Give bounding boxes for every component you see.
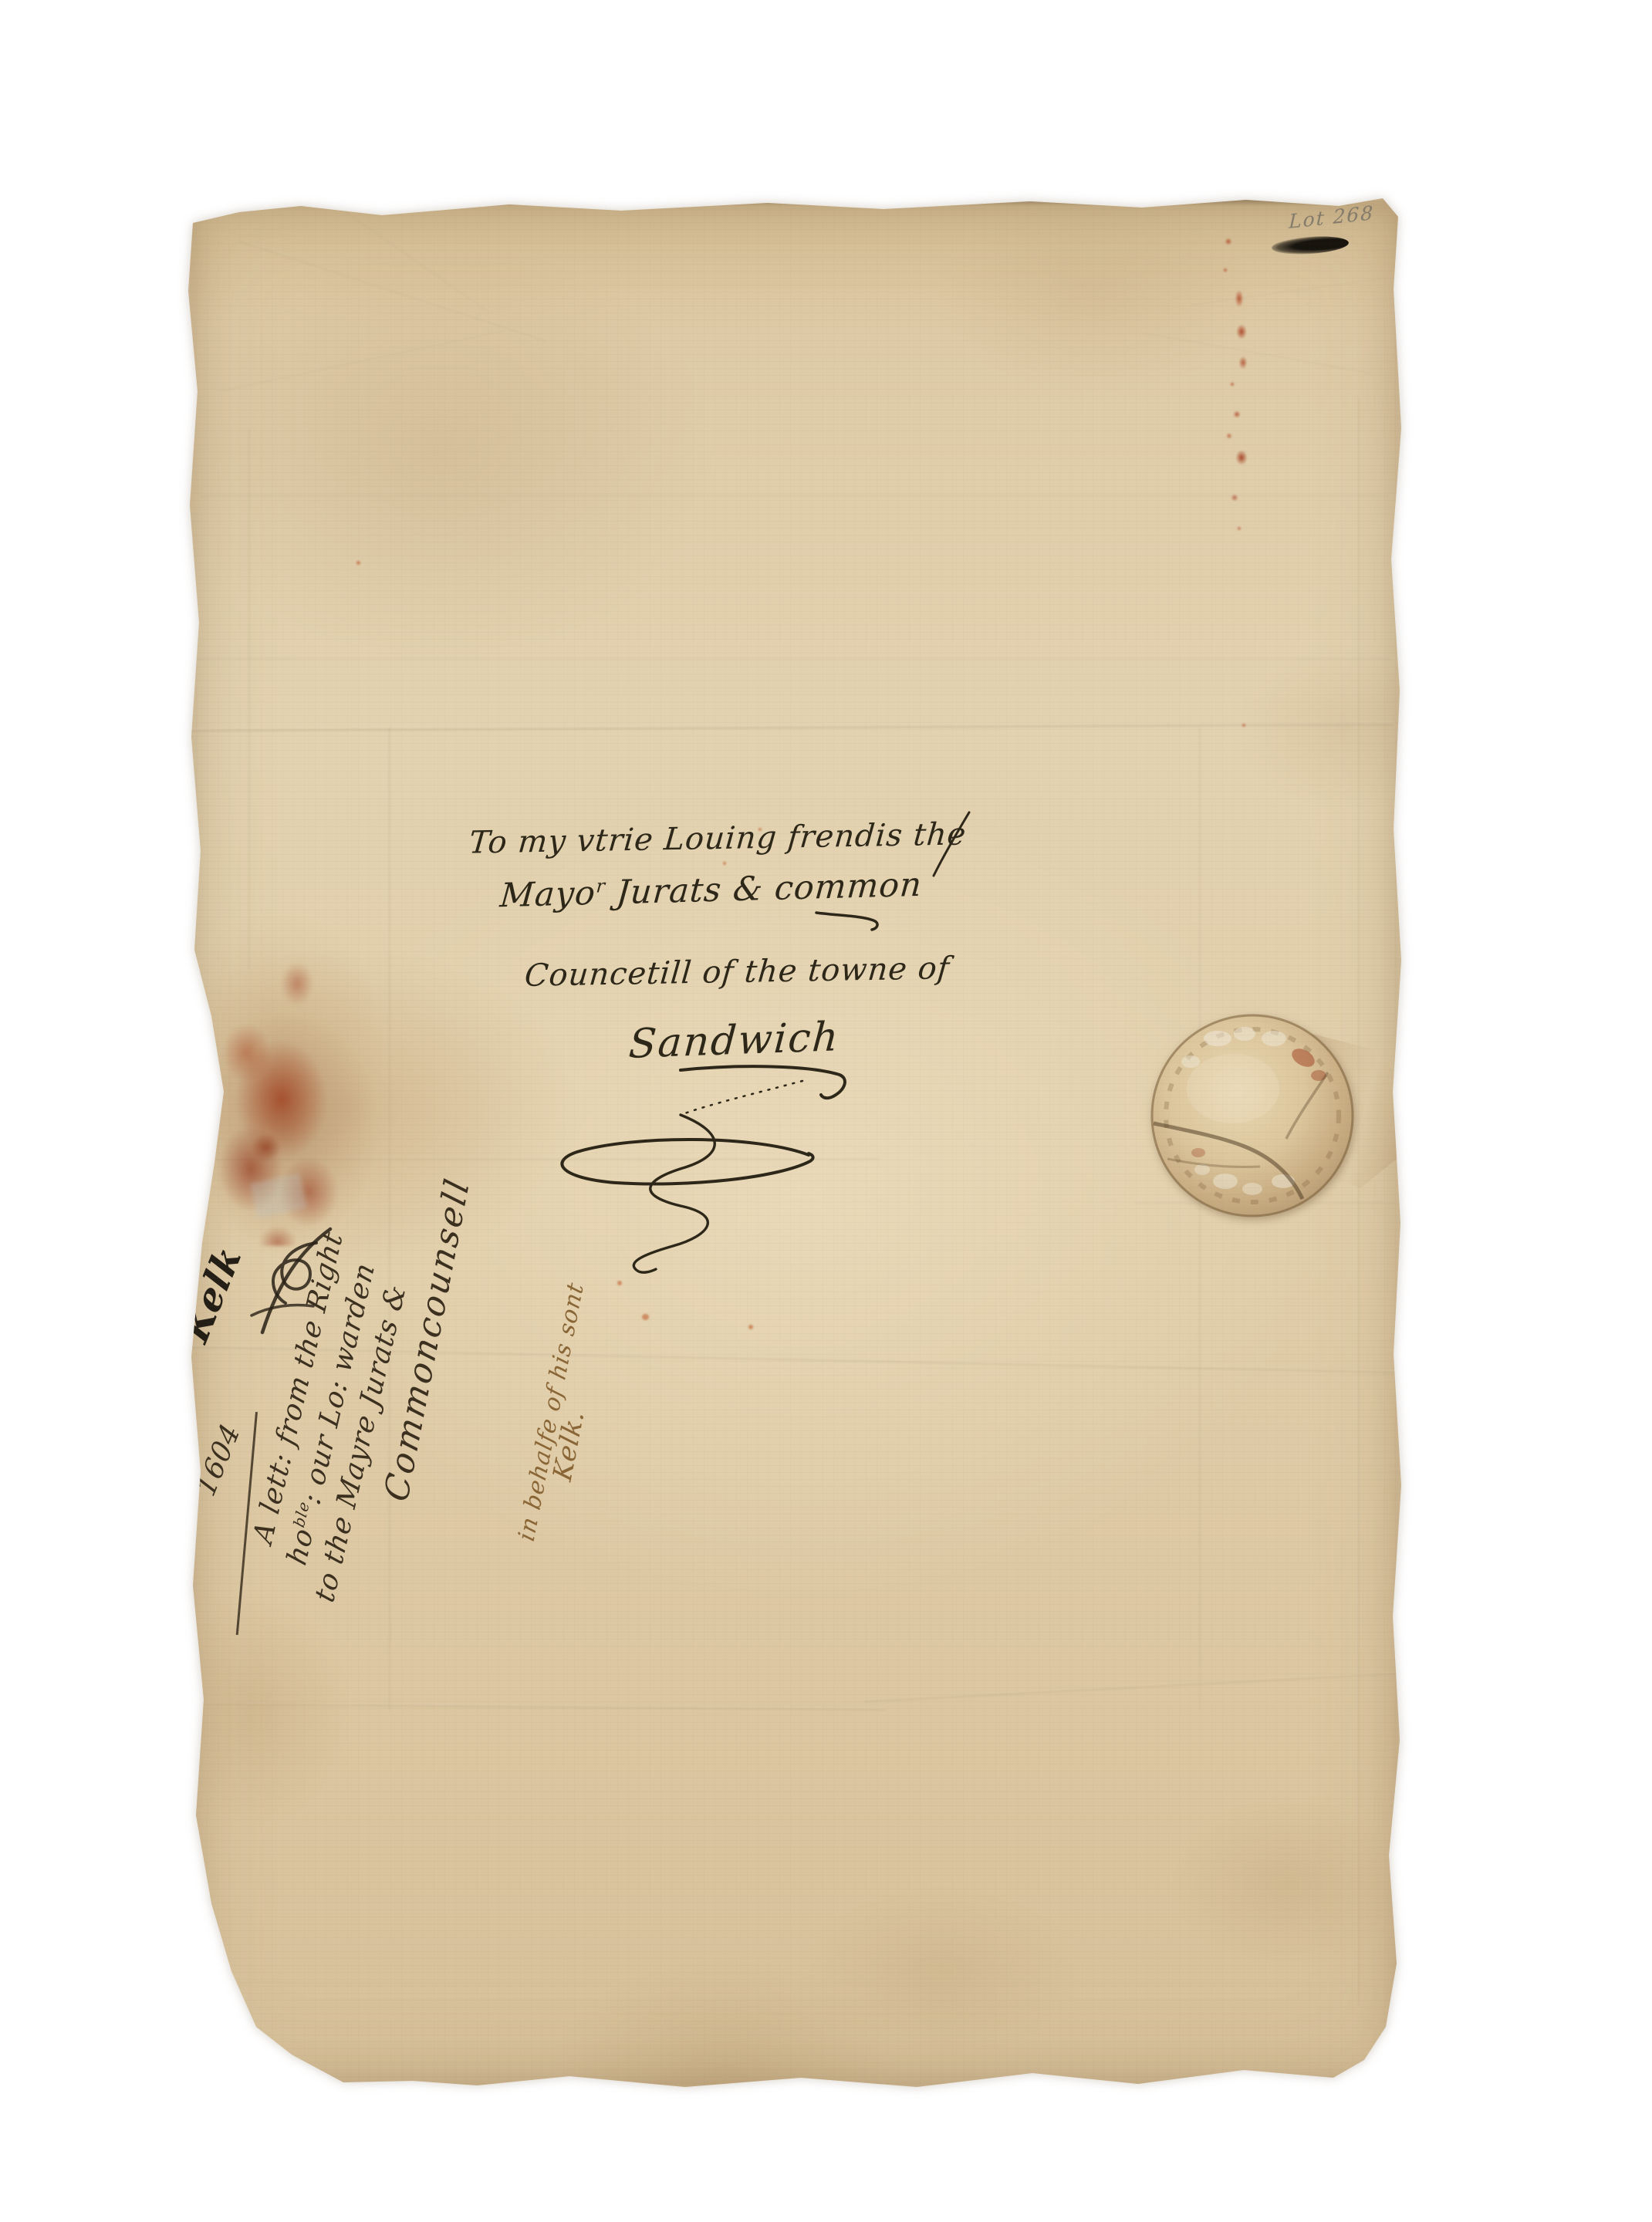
docket-year-text: 1604 (191, 1419, 246, 1501)
fold-crease (387, 728, 390, 1711)
wrinkle (1189, 275, 1388, 306)
fold-crease (190, 722, 1394, 731)
wrinkle (219, 329, 506, 392)
wrinkle (1144, 331, 1372, 373)
docket-signature: Kelk (177, 1241, 247, 1348)
pencil-inscription: Lot 268 (1289, 203, 1375, 231)
paper-sheet: To my vtrie Louing frendis the Mayor Jur… (185, 197, 1404, 2091)
document-photo: To my vtrie Louing frendis the Mayor Jur… (0, 0, 1652, 2222)
docket-year: 1604 (193, 1420, 245, 1501)
pencil-inscription-text: Lot 268 (1289, 201, 1375, 233)
top-edge-curl (231, 197, 1350, 206)
fold-crease (201, 494, 1389, 496)
wrinkle (239, 239, 548, 342)
fold-crease (194, 657, 1390, 659)
fold-crease (864, 1672, 1396, 1702)
gray-smudge (250, 1173, 307, 1219)
fold-crease (191, 1702, 886, 1710)
letter-verso: To my vtrie Louing frendis the Mayor Jur… (185, 197, 1404, 2091)
docket-line-2-pre: ho (282, 1524, 320, 1569)
fold-crease (208, 1981, 1366, 1983)
wax-drips-top-right (1181, 212, 1296, 752)
wax-seal (1144, 1008, 1360, 1224)
wax-stain-left (193, 937, 386, 1246)
red-speck (356, 561, 360, 565)
fold-crease (247, 428, 249, 968)
ink-smudge (1271, 235, 1349, 257)
